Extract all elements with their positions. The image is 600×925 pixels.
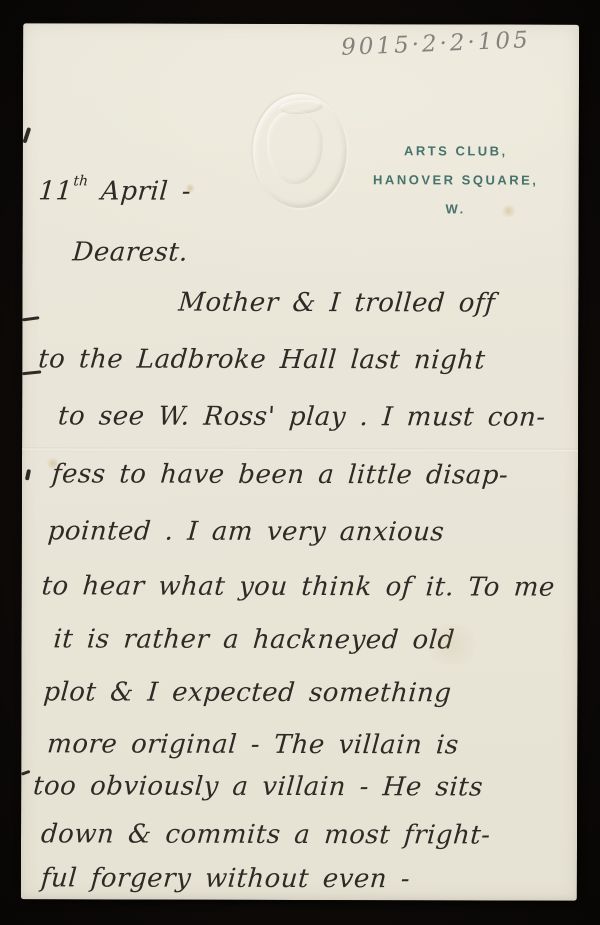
letter-line: to see W. Ross' play . I must con- (57, 401, 547, 432)
letter-line: plot & I expected something (42, 677, 452, 708)
letter-line: to the Ladbroke Hall last night (37, 344, 486, 375)
edge-ink-mark (22, 127, 31, 143)
edge-ink-mark (22, 370, 41, 375)
letterhead-line-2: HANOVER SQUARE, (351, 165, 561, 195)
letter-line: ful forgery without even - (40, 863, 411, 894)
foxing-stain (501, 205, 517, 218)
scan-background: 9015·2·2·105 ARTS CLUB, HANOVER SQUARE, … (0, 0, 600, 925)
date-ordinal-superscript: th (73, 173, 89, 189)
letterhead-line-1: ARTS CLUB, (351, 136, 561, 166)
letterhead: ARTS CLUB, HANOVER SQUARE, W. (351, 136, 561, 224)
date-day: 11 (38, 176, 74, 206)
letter-line: to hear what you think of it. To me (41, 571, 556, 602)
letter-line: too obviously a villain - He sits (32, 771, 484, 802)
letter-line: pointed . I am very anxious (47, 516, 446, 547)
embossed-seal (253, 94, 347, 208)
date-month: April - (86, 176, 192, 206)
edge-ink-mark (22, 316, 39, 321)
foxing-stain (421, 624, 481, 664)
letter-date: 11th April - (38, 173, 193, 206)
letter-line: fess to have been a little disap- (51, 459, 510, 490)
foxing-stain (185, 184, 196, 193)
edge-ink-mark (21, 770, 30, 776)
letterhead-line-3: W. (351, 194, 561, 224)
edge-ink-mark (25, 469, 31, 481)
letter-line: down & commits a most fright- (40, 819, 492, 850)
salutation: Dearest. (71, 237, 189, 267)
letter-line: it is rather a hackneyed old (52, 624, 455, 655)
fold-crease (22, 447, 578, 452)
letter-line: Mother & I trolled off (177, 288, 496, 319)
catalog-number: 9015·2·2·105 (341, 26, 562, 61)
foxing-stain (46, 457, 60, 469)
letter-line: more original - The villain is (46, 729, 460, 760)
letter-paper: 9015·2·2·105 ARTS CLUB, HANOVER SQUARE, … (21, 23, 579, 900)
